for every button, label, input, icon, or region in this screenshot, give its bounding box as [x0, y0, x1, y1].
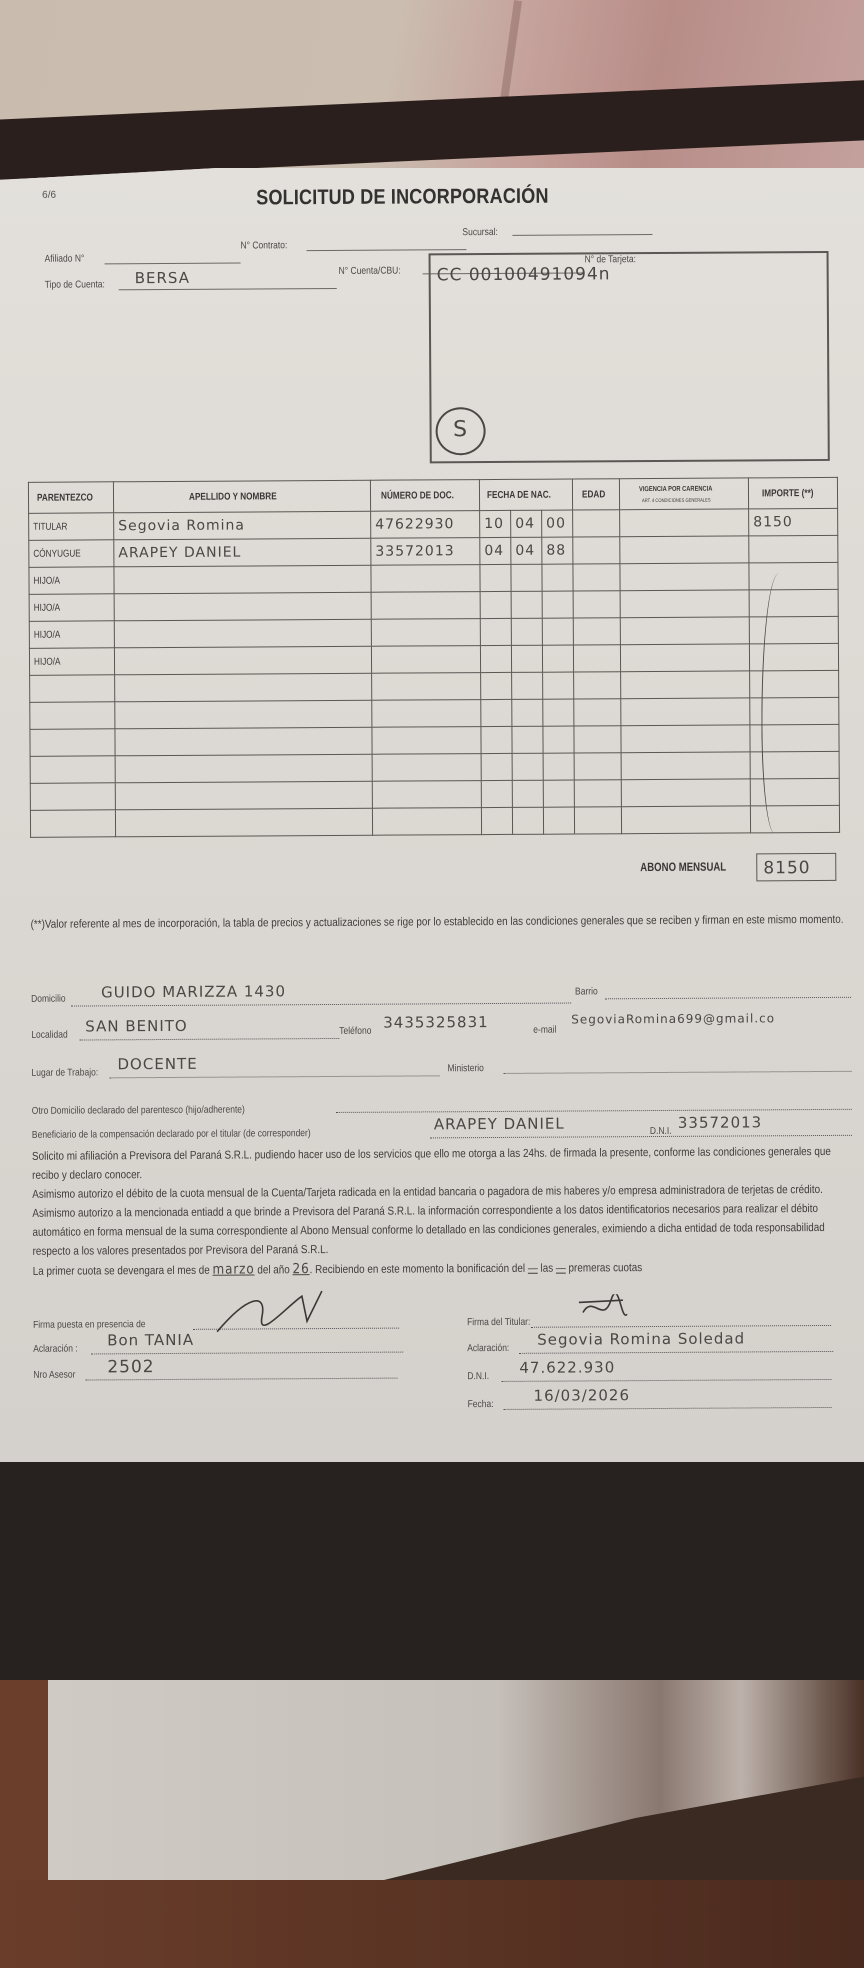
cell-importe[interactable] — [749, 589, 838, 617]
cell-fecha-d[interactable] — [481, 807, 512, 834]
localidad-value: SAN BENITO — [85, 1017, 188, 1036]
aclaracion-left-value: Bon TANIA — [107, 1331, 194, 1350]
dark-surface — [0, 1462, 864, 1702]
cell-vigencia[interactable] — [620, 536, 749, 564]
cell-importe[interactable] — [749, 616, 838, 644]
tarjeta-value: CC 00100491094n — [437, 264, 611, 285]
trabajo-label: Lugar de Trabajo: — [31, 1067, 98, 1078]
cell-parentezco — [30, 702, 115, 730]
beneficiario-dni-label: D.N.I. — [650, 1126, 672, 1137]
cell-edad[interactable] — [574, 699, 621, 726]
cell-vigencia[interactable] — [620, 563, 749, 591]
cell-edad[interactable] — [573, 591, 620, 618]
cell-fecha-d[interactable] — [481, 699, 512, 726]
cell-nombre[interactable] — [115, 700, 372, 729]
col-vigencia: VIGENCIA POR CARENCIAART. 4 CONDICIONES … — [619, 478, 748, 510]
cell-nombre[interactable] — [115, 727, 372, 756]
cell-fecha-m[interactable] — [512, 672, 543, 699]
cell-vigencia[interactable] — [621, 779, 750, 807]
cell-fecha-d[interactable] — [481, 726, 512, 753]
cell-edad[interactable] — [573, 618, 620, 645]
cell-vigencia[interactable] — [621, 671, 750, 699]
cell-importe[interactable] — [749, 562, 838, 590]
cell-doc[interactable] — [372, 673, 481, 701]
cell-vigencia[interactable] — [620, 509, 749, 537]
circled-mark: S — [435, 407, 485, 455]
titular-signature-label: Firma del Titular: — [467, 1317, 530, 1328]
cell-fecha-a[interactable] — [543, 753, 574, 780]
cell-nombre[interactable]: ARAPEY DANIEL — [114, 538, 371, 567]
cell-edad[interactable] — [573, 564, 620, 591]
cell-fecha-m[interactable]: 04 — [511, 510, 542, 537]
page-number: 6/6 — [42, 190, 56, 201]
fecha-value: 16/03/2026 — [533, 1386, 630, 1405]
cell-fecha-d[interactable] — [480, 564, 511, 591]
cell-fecha-a[interactable] — [543, 780, 574, 807]
witness-signature — [207, 1286, 327, 1337]
trabajo-value: DOCENTE — [117, 1055, 197, 1073]
family-table: PARENTEZCO APELLIDO Y NOMBRE NÚMERO DE D… — [28, 477, 840, 838]
dni-label: D.N.I. — [467, 1371, 489, 1382]
cell-edad[interactable] — [574, 753, 621, 780]
cuota-mes-value: marzo — [212, 1261, 254, 1277]
cell-parentezco — [30, 756, 115, 784]
cell-edad[interactable] — [574, 672, 621, 699]
cell-parentezco: HIJO/A — [29, 648, 114, 676]
telefono-label: Teléfono — [339, 1026, 371, 1037]
table-row — [30, 805, 839, 837]
cell-parentezco: TITULAR — [29, 513, 114, 541]
cell-vigencia[interactable] — [621, 698, 750, 726]
cell-fecha-d[interactable] — [480, 591, 511, 618]
email-value[interactable]: SegoviaRomina699@gmail.co — [571, 1011, 775, 1026]
fecha-label: Fecha: — [468, 1399, 494, 1410]
cell-fecha-m[interactable] — [512, 780, 543, 807]
cell-fecha-a[interactable]: 00 — [542, 510, 573, 537]
cell-vigencia[interactable] — [620, 644, 749, 672]
col-importe: IMPORTE (**) — [748, 477, 837, 509]
cell-importe[interactable] — [749, 535, 838, 563]
afiliado-label: Afiliado N° — [45, 253, 85, 264]
cell-fecha-d[interactable] — [481, 753, 512, 780]
hand-area-bottom — [0, 1880, 864, 1968]
beneficiario-label: Beneficiario de la compensación declarad… — [32, 1128, 311, 1141]
titular-signature — [573, 1294, 633, 1326]
cell-fecha-m[interactable] — [511, 564, 542, 591]
col-fecha-nac: FECHA DE NAC. — [479, 479, 572, 511]
cell-fecha-d[interactable] — [481, 672, 512, 699]
cell-doc[interactable] — [372, 808, 481, 836]
cell-edad[interactable] — [573, 645, 620, 672]
legal-debit-authorization: Asimismo autorizo el débito de la cuota … — [32, 1181, 849, 1262]
background-cloth — [48, 1680, 864, 1910]
cell-fecha-a[interactable] — [542, 564, 573, 591]
cell-nombre[interactable] — [114, 565, 371, 594]
asesor-value: 2502 — [107, 1357, 154, 1377]
domicilio-label: Domicilio — [31, 994, 66, 1005]
otro-domicilio-label: Otro Domicilio declarado del parentesco … — [32, 1105, 245, 1117]
cell-vigencia[interactable] — [620, 617, 749, 645]
cell-nombre[interactable] — [114, 619, 371, 648]
cell-edad[interactable] — [574, 726, 621, 753]
abono-label: ABONO MENSUAL — [640, 860, 726, 875]
cell-doc[interactable] — [372, 700, 481, 728]
cell-edad[interactable] — [573, 537, 620, 564]
presencia-label: Firma puesta en presencia de — [33, 1319, 146, 1331]
cell-nombre[interactable] — [114, 646, 371, 675]
cell-nombre[interactable] — [115, 808, 372, 837]
cell-importe[interactable] — [750, 805, 839, 833]
cell-importe[interactable]: 8150 — [749, 508, 838, 536]
beneficiario-dni-value: 33572013 — [678, 1113, 762, 1132]
ministerio-label: Ministerio — [447, 1063, 483, 1074]
localidad-label: Localidad — [31, 1030, 67, 1041]
form-title: SOLICITUD DE INCORPORACIÓN — [256, 185, 549, 211]
cell-fecha-a[interactable] — [542, 645, 573, 672]
cell-parentezco — [30, 783, 115, 811]
cell-vigencia[interactable] — [621, 806, 750, 834]
cell-fecha-d[interactable]: 04 — [480, 537, 511, 564]
abono-value[interactable]: 8150 — [756, 853, 836, 881]
cell-parentezco — [30, 675, 115, 703]
cell-doc[interactable] — [371, 619, 480, 647]
col-edad: EDAD — [572, 479, 619, 510]
cell-parentezco: HIJO/A — [29, 594, 114, 622]
cell-fecha-a[interactable] — [542, 591, 573, 618]
cell-doc[interactable] — [371, 565, 480, 593]
cuenta-cbu-label: N° Cuenta/CBU: — [339, 266, 401, 277]
aclaracion-right-value: Segovia Romina Soledad — [537, 1329, 745, 1348]
cell-fecha-m[interactable] — [511, 591, 542, 618]
cell-fecha-m[interactable] — [512, 807, 543, 834]
cuota-anio-value: 26 — [292, 1261, 309, 1277]
cell-fecha-a[interactable] — [542, 618, 573, 645]
cell-nombre[interactable] — [115, 673, 372, 702]
cell-fecha-d[interactable] — [480, 618, 511, 645]
cell-nombre[interactable] — [114, 592, 371, 621]
domicilio-value: GUIDO MARIZZA 1430 — [101, 982, 286, 1001]
cell-parentezco — [30, 729, 115, 757]
cell-fecha-m[interactable] — [512, 726, 543, 753]
cell-fecha-m[interactable] — [511, 645, 542, 672]
contrato-label: N° Contrato: — [240, 240, 287, 251]
cell-fecha-d[interactable] — [481, 780, 512, 807]
cell-parentezco: HIJO/A — [29, 567, 114, 595]
cell-edad[interactable] — [573, 510, 620, 537]
cell-fecha-d[interactable] — [480, 645, 511, 672]
cell-fecha-a[interactable] — [543, 807, 574, 834]
cell-vigencia[interactable] — [620, 590, 749, 618]
cell-doc[interactable] — [371, 646, 480, 674]
cell-edad[interactable] — [574, 780, 621, 807]
telefono-value[interactable]: 3435325831 — [383, 1013, 489, 1032]
barrio-label: Barrio — [575, 986, 598, 997]
cell-fecha-m[interactable]: 04 — [511, 537, 542, 564]
cell-parentezco — [30, 810, 115, 838]
cell-edad[interactable] — [574, 807, 621, 834]
sucursal-label: Sucursal: — [462, 227, 498, 238]
cell-fecha-a[interactable] — [543, 672, 574, 699]
cell-doc[interactable] — [372, 754, 481, 782]
cell-fecha-m[interactable] — [512, 753, 543, 780]
dni-value: 47.622.930 — [519, 1358, 615, 1377]
cell-doc[interactable] — [371, 592, 480, 620]
cell-doc[interactable]: 33572013 — [371, 538, 480, 566]
col-nombre: APELLIDO Y NOMBRE — [113, 480, 370, 513]
aclaracion-left-label: Aclaración : — [33, 1344, 77, 1355]
legal-affiliation: Solicito mi afiliación a Previsora del P… — [32, 1143, 849, 1186]
table-header-row: PARENTEZCO APELLIDO Y NOMBRE NÚMERO DE D… — [28, 477, 837, 513]
cell-parentezco: CÓNYUGUE — [29, 540, 114, 568]
cell-fecha-m[interactable] — [512, 699, 543, 726]
cell-nombre[interactable]: Segovia Romina — [114, 511, 371, 540]
col-doc: NÚMERO DE DOC. — [370, 480, 479, 512]
email-label: e-mail — [533, 1025, 556, 1036]
cell-nombre[interactable] — [115, 754, 372, 783]
asesor-label: Nro Asesor — [33, 1370, 75, 1381]
cell-fecha-a[interactable] — [543, 726, 574, 753]
cell-vigencia[interactable] — [621, 725, 750, 753]
col-parentezco: PARENTEZCO — [28, 482, 113, 514]
beneficiario-value: ARAPEY DANIEL — [434, 1115, 565, 1134]
cell-doc[interactable]: 47622930 — [371, 511, 480, 539]
cell-vigencia[interactable] — [621, 752, 750, 780]
cell-doc[interactable] — [372, 781, 481, 809]
tarjeta-box[interactable]: CC 00100491094n S — [429, 251, 830, 463]
tipo-cuenta-value: BERSA — [135, 269, 190, 287]
tipo-cuenta-label: Tipo de Cuenta: — [45, 279, 105, 290]
cell-fecha-d[interactable]: 10 — [480, 510, 511, 537]
cell-fecha-a[interactable]: 88 — [542, 537, 573, 564]
cell-doc[interactable] — [372, 727, 481, 755]
cell-fecha-m[interactable] — [511, 618, 542, 645]
cell-parentezco: HIJO/A — [29, 621, 114, 649]
aclaracion-right-label: Aclaración: — [467, 1343, 509, 1354]
cell-fecha-a[interactable] — [543, 699, 574, 726]
cell-nombre[interactable] — [115, 781, 372, 810]
